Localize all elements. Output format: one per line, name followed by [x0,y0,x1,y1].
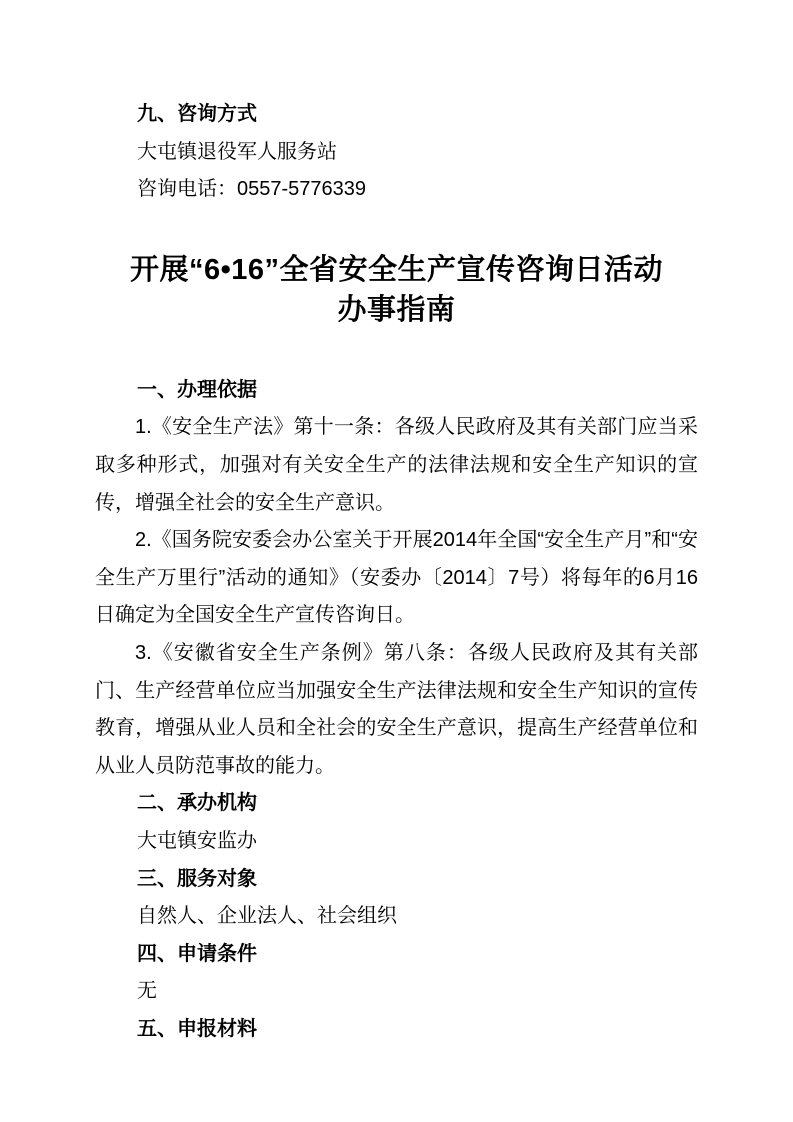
section-three-heading: 三、服务对象 [95,861,698,899]
document-title-line-1: 开展“6•16”全省安全生产宣传咨询日活动 [95,250,698,290]
section-one-heading: 一、办理依据 [95,372,698,410]
section-nine-heading: 九、咨询方式 [95,96,698,134]
section-one-paragraph-2: 2.《国务院安委会办公室关于开展2014年全国“安全生产月”和“安全生产万里行”… [95,522,698,635]
section-one-paragraph-3: 3.《安徽省安全生产条例》第八条：各级人民政府及其有关部门、生产经营单位应当加强… [95,635,698,785]
document-page: 九、咨询方式 大屯镇退役军人服务站 咨询电话：0557-5776339 开展“6… [0,0,793,1122]
section-nine-agency-line: 大屯镇退役军人服务站 [95,134,698,172]
section-two-heading: 二、承办机构 [95,785,698,823]
section-two-body: 大屯镇安监办 [95,823,698,861]
document-title: 开展“6•16”全省安全生产宣传咨询日活动 办事指南 [95,250,698,330]
section-four-heading: 四、申请条件 [95,936,698,974]
section-five-heading: 五、申报材料 [95,1011,698,1049]
section-nine-phone-line: 咨询电话：0557-5776339 [95,171,698,209]
section-three-body: 自然人、企业法人、社会组织 [95,898,698,936]
section-one-paragraph-1: 1.《安全生产法》第十一条：各级人民政府及其有关部门应当采取多种形式，加强对有关… [95,409,698,522]
document-title-line-2: 办事指南 [95,290,698,330]
section-four-body: 无 [95,973,698,1011]
